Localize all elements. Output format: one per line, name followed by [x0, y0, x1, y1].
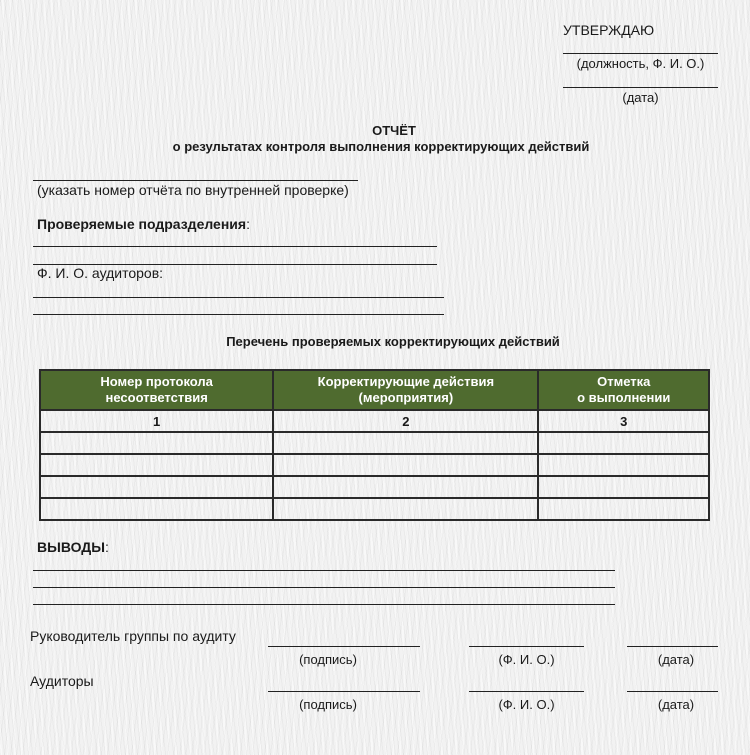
approval-title: УТВЕРЖДАЮ: [563, 22, 654, 38]
approval-position-line[interactable]: [563, 53, 718, 54]
table-row: [40, 498, 709, 520]
corrective-action-cell[interactable]: [273, 498, 538, 520]
signature-role-lead-auditor: Руководитель группы по аудиту: [30, 628, 236, 644]
auditors-label: Ф. И. О. аудиторов:: [37, 265, 163, 281]
protocol-number-cell[interactable]: [40, 432, 273, 454]
table-title: Перечень проверяемых корректирующих дейс…: [0, 334, 750, 349]
conclusions-line-3[interactable]: [33, 604, 615, 605]
protocol-number-cell[interactable]: [40, 476, 273, 498]
auditors-name-caption: (Ф. И. О.): [469, 697, 584, 712]
approval-date-caption: (дата): [563, 90, 718, 105]
conclusions-label: ВЫВОДЫ:: [37, 539, 109, 555]
report-title: ОТЧЁТ: [0, 123, 750, 138]
completion-mark-cell[interactable]: [538, 454, 709, 476]
departments-line-1[interactable]: [33, 246, 437, 247]
protocol-number-cell[interactable]: [40, 498, 273, 520]
completion-mark-cell[interactable]: [538, 432, 709, 454]
departments-label: Проверяемые подразделения:: [37, 216, 250, 232]
auditors-signature-line[interactable]: [268, 691, 420, 692]
corrective-action-cell[interactable]: [273, 454, 538, 476]
departments-label-colon: :: [246, 216, 250, 232]
completion-mark-cell[interactable]: [538, 476, 709, 498]
lead-auditor-date-caption: (дата): [627, 652, 725, 667]
approval-position-caption: (должность, Ф. И. О.): [563, 56, 718, 71]
report-number-caption: (указать номер отчёта по внутренней пров…: [37, 182, 349, 198]
corrective-action-cell[interactable]: [273, 476, 538, 498]
conclusions-label-text: ВЫВОДЫ: [37, 539, 105, 555]
lead-auditor-signature-line[interactable]: [268, 646, 420, 647]
column-header-protocol-number: Номер протоколанесоответствия: [40, 370, 273, 410]
column-number-2: 2: [273, 410, 538, 432]
lead-auditor-date-line[interactable]: [627, 646, 718, 647]
table-header-row: Номер протоколанесоответствия Корректиру…: [40, 370, 709, 410]
conclusions-line-2[interactable]: [33, 587, 615, 588]
signature-role-auditors: Аудиторы: [30, 673, 94, 689]
auditors-date-line[interactable]: [627, 691, 718, 692]
conclusions-line-1[interactable]: [33, 570, 615, 571]
auditors-date-caption: (дата): [627, 697, 725, 712]
column-header-completion-mark: Отметкао выполнении: [538, 370, 709, 410]
protocol-number-cell[interactable]: [40, 454, 273, 476]
column-number-1: 1: [40, 410, 273, 432]
lead-auditor-signature-caption: (подпись): [268, 652, 388, 667]
lead-auditor-name-caption: (Ф. И. О.): [469, 652, 584, 667]
auditors-signature-caption: (подпись): [268, 697, 388, 712]
column-number-3: 3: [538, 410, 709, 432]
table-row: [40, 476, 709, 498]
table-row: [40, 454, 709, 476]
approval-date-line[interactable]: [563, 87, 718, 88]
auditors-line-1[interactable]: [33, 297, 444, 298]
corrective-actions-table: Номер протоколанесоответствия Корректиру…: [39, 369, 710, 521]
departments-label-text: Проверяемые подразделения: [37, 216, 246, 232]
lead-auditor-name-line[interactable]: [469, 646, 584, 647]
conclusions-label-colon: :: [105, 539, 109, 555]
completion-mark-cell[interactable]: [538, 498, 709, 520]
table-row: [40, 432, 709, 454]
table-numbering-row: 1 2 3: [40, 410, 709, 432]
report-number-line[interactable]: [33, 180, 358, 181]
auditors-line-2[interactable]: [33, 314, 444, 315]
corrective-action-cell[interactable]: [273, 432, 538, 454]
report-subtitle: о результатах контроля выполнения коррек…: [0, 139, 750, 154]
column-header-corrective-actions: Корректирующие действия(мероприятия): [273, 370, 538, 410]
auditors-name-line[interactable]: [469, 691, 584, 692]
